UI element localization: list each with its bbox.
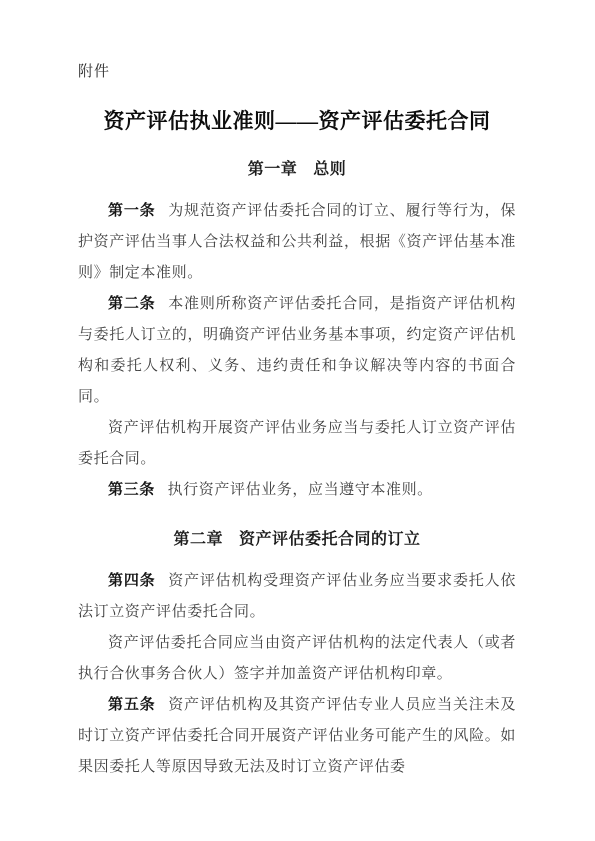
- article-5-label: 第五条: [108, 697, 155, 713]
- paragraph-article-4-continued: 资产评估委托合同应当由资产评估机构的法定代表人（或者执行合伙事务合伙人）签字并加…: [78, 628, 516, 690]
- chapter-1-heading: 第一章总则: [78, 159, 516, 181]
- article-4-label: 第四条: [108, 573, 155, 589]
- paragraph-article-1: 第一条为规范资产评估委托合同的订立、履行等行为，保护资产评估当事人合法权益和公共…: [78, 196, 516, 289]
- paragraph-article-3: 第三条执行资产评估业务，应当遵守本准则。: [78, 475, 516, 506]
- chapter-2-title: 资产评估委托合同的订立: [239, 531, 421, 548]
- paragraph-article-2-continued: 资产评估机构开展资产评估业务应当与委托人订立资产评估委托合同。: [78, 413, 516, 475]
- document-page: 附件 资产评估执业准则——资产评估委托合同 第一章总则 第一条为规范资产评估委托…: [0, 0, 595, 841]
- article-2-text: 本准则所称资产评估委托合同，是指资产评估机构与委托人订立的，明确资产评估业务基本…: [78, 296, 516, 405]
- paragraph-article-2: 第二条本准则所称资产评估委托合同，是指资产评估机构与委托人订立的，明确资产评估业…: [78, 289, 516, 413]
- article-3-label: 第三条: [108, 482, 155, 498]
- attachment-label: 附件: [78, 60, 516, 84]
- chapter-2-heading: 第二章资产评估委托合同的订立: [78, 529, 516, 551]
- paragraph-article-5: 第五条资产评估机构及其资产评估专业人员应当关注未及时订立资产评估委托合同开展资产…: [78, 690, 516, 783]
- article-1-label: 第一条: [108, 203, 155, 219]
- chapter-1-number: 第一章: [248, 159, 298, 181]
- article-3-text: 执行资产评估业务，应当遵守本准则。: [168, 482, 433, 498]
- article-2b-text: 资产评估机构开展资产评估业务应当与委托人订立资产评估委托合同。: [78, 420, 516, 467]
- document-title: 资产评估执业准则——资产评估委托合同: [78, 106, 516, 136]
- chapter-2-number: 第二章: [173, 529, 223, 551]
- paragraph-article-4: 第四条资产评估机构受理资产评估业务应当要求委托人依法订立资产评估委托合同。: [78, 566, 516, 628]
- article-2-label: 第二条: [108, 296, 155, 312]
- article-4b-text: 资产评估委托合同应当由资产评估机构的法定代表人（或者执行合伙事务合伙人）签字并加…: [78, 635, 516, 682]
- chapter-1-title: 总则: [313, 161, 346, 178]
